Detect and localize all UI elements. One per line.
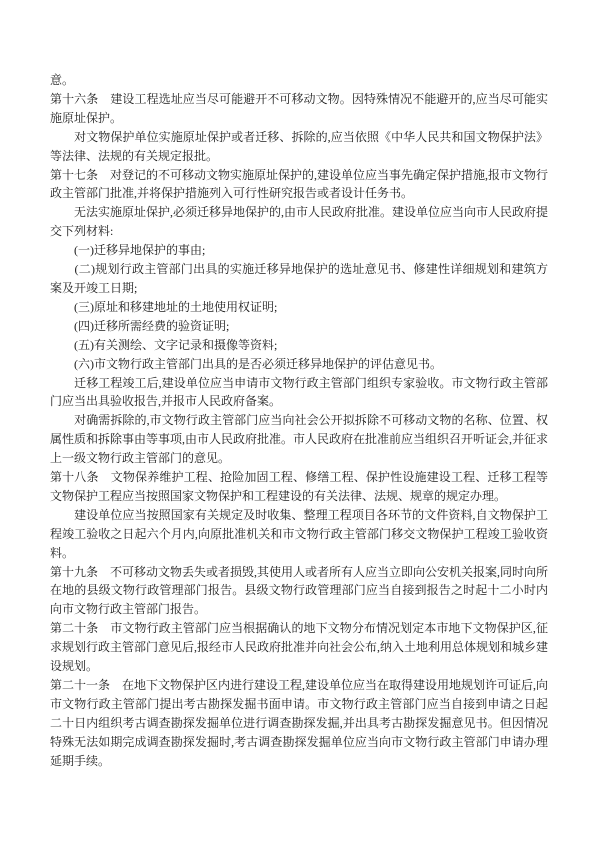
article-18: 第十八条 文物保养维护工程、抢险加固工程、修缮工程、保护性设施建设工程、迁移工程… — [50, 468, 548, 506]
article-17: 第十七条 对登记的不可移动文物实施原址保护的,建设单位应当事先确定保护措施,报市… — [50, 166, 548, 204]
article-19: 第十九条 不可移动文物丢失或者损毁,其使用人或者所有人应当立即向公安机关报案,同… — [50, 563, 548, 620]
article-17-item-4: (四)迁移所需经费的验资证明; — [50, 317, 548, 336]
article-20: 第二十条 市文物行政主管部门应当根据确认的地下文物分布情况划定本市地下文物保护区… — [50, 619, 548, 676]
article-21: 第二十一条 在地下文物保护区内进行建设工程,建设单位应当在取得建设用地规划许可证… — [50, 676, 548, 771]
article-17-para-3: 迁移工程竣工后,建设单位应当申请市文物行政主管部门组织专家验收。市文物行政主管部… — [50, 374, 548, 412]
article-17-para-2: 无法实施原址保护,必须迁移异地保护的,由市人民政府批准。建设单位应当向市人民政府… — [50, 203, 548, 241]
article-16: 第十六条 建设工程选址应当尽可能避开不可移动文物。因特殊情况不能避开的,应当尽可… — [50, 90, 548, 128]
paragraph-continuation: 意。 — [50, 71, 548, 90]
article-18-para-2: 建设单位应当按照国家有关规定及时收集、整理工程项目各环节的文件资料,自文物保护工… — [50, 506, 548, 563]
article-17-item-2: (二)规划行政主管部门出具的实施迁移异地保护的选址意见书、修建性详细规划和建筑方… — [50, 260, 548, 298]
document-body: 意。 第十六条 建设工程选址应当尽可能避开不可移动文物。因特殊情况不能避开的,应… — [50, 71, 548, 771]
article-16-para-2: 对文物保护单位实施原址保护或者迁移、拆除的,应当依照《中华人民共和国文物保护法》… — [50, 128, 548, 166]
article-17-item-5: (五)有关测绘、文字记录和摄像等资料; — [50, 336, 548, 355]
article-17-item-3: (三)原址和移建地址的土地使用权证明; — [50, 298, 548, 317]
document-page: 意。 第十六条 建设工程选址应当尽可能避开不可移动文物。因特殊情况不能避开的,应… — [0, 0, 595, 841]
article-17-item-1: (一)迁移异地保护的事由; — [50, 241, 548, 260]
article-17-item-6: (六)市文物行政主管部门出具的是否必须迁移异地保护的评估意见书。 — [50, 355, 548, 374]
article-17-para-4: 对确需拆除的,市文物行政主管部门应当向社会公开拟拆除不可移动文物的名称、位置、权… — [50, 411, 548, 468]
